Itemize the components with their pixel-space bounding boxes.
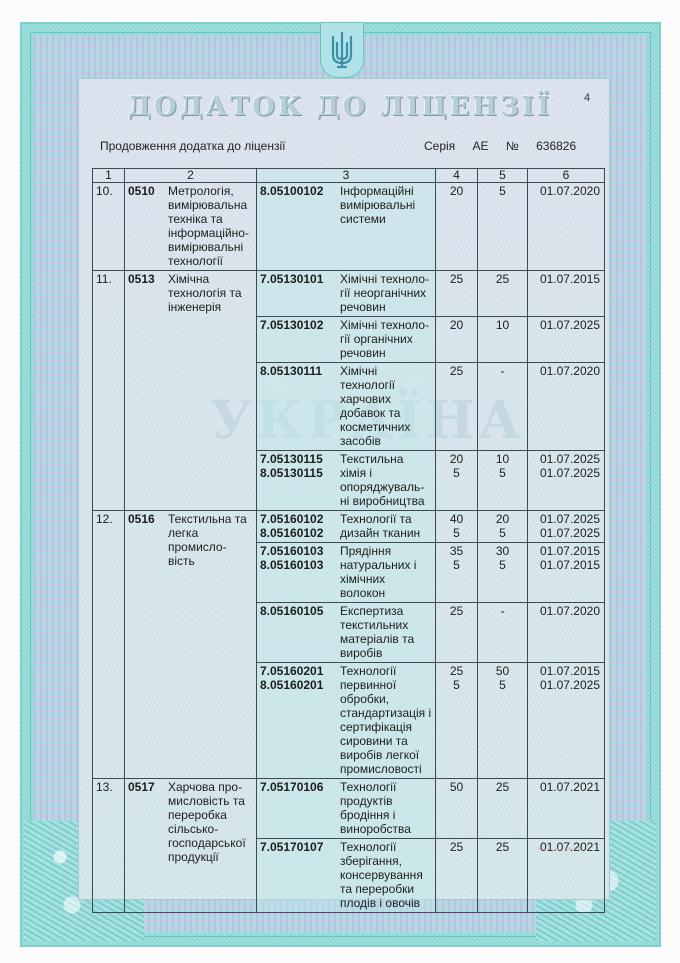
specialty-name: Технології зберігання, консервування та … xyxy=(336,840,432,910)
specialty-cell: 7.051601028.05160102Технології та дизайн… xyxy=(257,511,436,543)
specialty: 7.05170106Технології продуктів бродіння … xyxy=(260,780,432,836)
specialty-codes: 7.051602018.05160201 xyxy=(260,664,336,776)
license-term-date: 01.07.2025 xyxy=(531,318,600,332)
specialty-cell: 7.051601038.05160103Прядіння натуральних… xyxy=(257,543,436,603)
license-volume-day: 20 xyxy=(439,318,474,332)
license-term-date: 01.07.2015 xyxy=(531,544,600,558)
field-group-cell: 0516Текстильна та легка промисло-вість xyxy=(125,511,257,779)
license-volume-extramural-cell: 205 xyxy=(478,511,528,543)
license-volume-extramural-cell: 5 xyxy=(478,183,528,271)
table-row: 13.0517Харчова про-мисловість та перероб… xyxy=(93,779,605,839)
column-header: 1 xyxy=(93,169,125,183)
specialty-cell: 7.051301158.05130115Текстильна хімія і о… xyxy=(257,451,436,511)
license-volume-extramural-cell: - xyxy=(478,603,528,663)
specialty-code: 8.05100102 xyxy=(260,184,336,198)
field-group: 0513Хімічна технологія та інженерія xyxy=(128,272,253,314)
row-index: 10. xyxy=(93,183,125,271)
license-volume-extramural: 5 xyxy=(481,526,524,540)
specialty-codes: 7.05170107 xyxy=(260,840,336,910)
license-term-date-cell: 01.07.2020 xyxy=(528,363,605,451)
specialty-code: 7.05160103 xyxy=(260,544,336,558)
specialty-name: Технології та дизайн тканин xyxy=(336,512,432,540)
license-term-date: 01.07.2025 xyxy=(531,678,600,692)
specialty: 7.05170107Технології зберігання, консерв… xyxy=(260,840,432,910)
license-volume-day: 25 xyxy=(439,840,474,854)
license-volume-day: 5 xyxy=(439,526,474,540)
group-name: Хімічна технологія та інженерія xyxy=(168,272,253,314)
number-value: 636826 xyxy=(536,139,576,153)
license-volume-extramural: 5 xyxy=(481,184,524,198)
specialty-cell: 7.05170106Технології продуктів бродіння … xyxy=(257,779,436,839)
license-volume-day-cell: 50 xyxy=(436,779,478,839)
specialty-cell: 8.05160105Експертиза текстильних матеріа… xyxy=(257,603,436,663)
specialty: 8.05130111Хімічні технології харчових до… xyxy=(260,364,432,448)
specialty: 8.05160105Експертиза текстильних матеріа… xyxy=(260,604,432,660)
specialty-codes: 7.05170106 xyxy=(260,780,336,836)
column-header: 4 xyxy=(436,169,478,183)
header-row: 1 2 3 4 5 6 xyxy=(93,169,605,183)
license-volume-day-cell: 25 xyxy=(436,839,478,913)
specialty-name: Прядіння натуральних і хімічних волокон xyxy=(336,544,432,600)
specialty-name: Технології продуктів бродіння і виноробс… xyxy=(336,780,432,836)
specialty: 7.051602018.05160201Технології первинної… xyxy=(260,664,432,776)
license-volume-extramural: 25 xyxy=(481,272,524,286)
specialty-name: Хімічні техноло-гії органічних речовин xyxy=(336,318,432,360)
license-volume-extramural: 25 xyxy=(481,840,524,854)
specialty: 7.05130101Хімічні техноло-гії неорганічн… xyxy=(260,272,432,314)
specialty-name: Інформаційні вимірювальні системи xyxy=(336,184,432,226)
license-volume-day-cell: 20 xyxy=(436,183,478,271)
specialty-name: Хімічні технології харчових добавок та к… xyxy=(336,364,432,448)
license-volume-day-cell: 405 xyxy=(436,511,478,543)
license-volume-day: 25 xyxy=(439,604,474,618)
license-volume-day: 50 xyxy=(439,780,474,794)
license-volume-extramural: - xyxy=(481,364,524,378)
license-volume-day-cell: 205 xyxy=(436,451,478,511)
license-volume-extramural-cell: 25 xyxy=(478,779,528,839)
group-code: 0513 xyxy=(128,272,168,314)
column-header: 5 xyxy=(478,169,528,183)
license-volume-day: 20 xyxy=(439,452,474,466)
series-value: АЕ xyxy=(473,139,489,153)
specialty: 8.05100102Інформаційні вимірювальні сист… xyxy=(260,184,432,226)
specialty-codes: 7.051601038.05160103 xyxy=(260,544,336,600)
specialty-cell: 7.05130101Хімічні техноло-гії неорганічн… xyxy=(257,271,436,317)
license-term-date: 01.07.2025 xyxy=(531,512,600,526)
specialty-name: Технології первинної обробки, стандартиз… xyxy=(336,664,432,776)
row-index: 12. xyxy=(93,511,125,779)
specialty: 7.05130102Хімічні техноло-гії органічних… xyxy=(260,318,432,360)
license-volume-day: 35 xyxy=(439,544,474,558)
license-table: 1 2 3 4 5 6 10.0510Метрологія, вимірювал… xyxy=(92,168,605,913)
license-volume-day: 20 xyxy=(439,184,474,198)
row-index: 13. xyxy=(93,779,125,913)
specialty: 7.051601038.05160103Прядіння натуральних… xyxy=(260,544,432,600)
specialty-codes: 8.05130111 xyxy=(260,364,336,448)
license-term-date: 01.07.2025 xyxy=(531,526,600,540)
license-volume-extramural-cell: 505 xyxy=(478,663,528,779)
license-term-date-cell: 01.07.2021 xyxy=(528,779,605,839)
license-volume-extramural: - xyxy=(481,604,524,618)
specialty-code: 7.05160201 xyxy=(260,664,336,678)
specialty-cell: 7.05130102Хімічні техноло-гії органічних… xyxy=(257,317,436,363)
license-term-date: 01.07.2020 xyxy=(531,604,600,618)
specialty-code: 7.05170107 xyxy=(260,840,336,854)
license-term-date: 01.07.2021 xyxy=(531,780,600,794)
license-term-date-cell: 01.07.2015 xyxy=(528,271,605,317)
faint-stamp: ▪▪▪ ▪ ▪▪▪▪ xyxy=(538,844,582,855)
document-title: ДОДАТОК ДО ЛІЦЕНЗІЇ xyxy=(0,92,680,122)
license-volume-day-cell: 25 xyxy=(436,603,478,663)
page-number: 4 xyxy=(584,92,590,104)
license-volume-day: 25 xyxy=(439,664,474,678)
license-volume-extramural: 10 xyxy=(481,452,524,466)
specialty-name: Текстильна хімія і опоряджуваль-ні вироб… xyxy=(336,452,432,508)
license-volume-day: 5 xyxy=(439,678,474,692)
license-volume-extramural: 20 xyxy=(481,512,524,526)
group-name: Харчова про-мисловість та переробка сіль… xyxy=(168,780,253,864)
specialty-codes: 7.051601028.05160102 xyxy=(260,512,336,540)
license-term-date: 01.07.2025 xyxy=(531,452,600,466)
row-index: 11. xyxy=(93,271,125,511)
license-volume-day-cell: 255 xyxy=(436,663,478,779)
license-volume-day: 5 xyxy=(439,466,474,480)
license-volume-extramural: 25 xyxy=(481,780,524,794)
field-group: 0510Метрологія, вимірювальна техніка та … xyxy=(128,184,253,268)
license-term-date-cell: 01.07.2025 xyxy=(528,317,605,363)
license-term-date: 01.07.2020 xyxy=(531,364,600,378)
specialty-cell: 7.051602018.05160201Технології первинної… xyxy=(257,663,436,779)
specialty-codes: 8.05160105 xyxy=(260,604,336,660)
table-body: 10.0510Метрологія, вимірювальна техніка … xyxy=(93,183,605,913)
specialty-code: 8.05160105 xyxy=(260,604,336,618)
license-volume-day-cell: 20 xyxy=(436,317,478,363)
table-row: 12.0516Текстильна та легка промисло-віст… xyxy=(93,511,605,543)
specialty-code: 7.05160102 xyxy=(260,512,336,526)
specialty-code: 8.05130111 xyxy=(260,364,336,378)
license-volume-extramural-cell: 305 xyxy=(478,543,528,603)
license-term-date: 01.07.2015 xyxy=(531,664,600,678)
number-label: № xyxy=(506,139,519,153)
license-volume-day-cell: 25 xyxy=(436,363,478,451)
specialty-codes: 7.05130102 xyxy=(260,318,336,360)
column-header: 6 xyxy=(528,169,605,183)
license-volume-extramural-cell: 105 xyxy=(478,451,528,511)
field-group: 0517Харчова про-мисловість та переробка … xyxy=(128,780,253,864)
license-volume-extramural-cell: 25 xyxy=(478,839,528,913)
license-term-date-cell: 01.07.201501.07.2025 xyxy=(528,663,605,779)
column-header: 3 xyxy=(257,169,436,183)
specialty-cell: 8.05130111Хімічні технології харчових до… xyxy=(257,363,436,451)
license-volume-extramural: 5 xyxy=(481,466,524,480)
specialty-codes: 8.05100102 xyxy=(260,184,336,226)
document-subtitle: Продовження додатка до ліцензії xyxy=(100,139,285,153)
table-row: 10.0510Метрологія, вимірювальна техніка … xyxy=(93,183,605,271)
specialty-codes: 7.051301158.05130115 xyxy=(260,452,336,508)
specialty-code: 7.05130101 xyxy=(260,272,336,286)
series-label: Серія xyxy=(424,139,455,153)
license-volume-extramural: 10 xyxy=(481,318,524,332)
license-volume-extramural: 50 xyxy=(481,664,524,678)
specialty-code: 8.05160102 xyxy=(260,526,336,540)
license-volume-extramural: 5 xyxy=(481,558,524,572)
specialty-code: 7.05130102 xyxy=(260,318,336,332)
specialty-cell: 7.05170107Технології зберігання, консерв… xyxy=(257,839,436,913)
field-group-cell: 0510Метрологія, вимірювальна техніка та … xyxy=(125,183,257,271)
specialty-code: 7.05130115 xyxy=(260,452,336,466)
license-volume-extramural-cell: 25 xyxy=(478,271,528,317)
specialty-code: 8.05130115 xyxy=(260,466,336,480)
license-volume-day: 25 xyxy=(439,364,474,378)
license-term-date: 01.07.2015 xyxy=(531,558,600,572)
column-header: 2 xyxy=(125,169,257,183)
license-term-date-cell: 01.07.202501.07.2025 xyxy=(528,511,605,543)
group-code: 0517 xyxy=(128,780,168,864)
series-number: Серія АЕ № 636826 xyxy=(424,139,576,153)
license-volume-day-cell: 355 xyxy=(436,543,478,603)
license-term-date: 01.07.2020 xyxy=(531,184,600,198)
trident-emblem-icon xyxy=(320,22,364,78)
group-name: Текстильна та легка промисло-вість xyxy=(168,512,253,568)
specialty: 7.051601028.05160102Технології та дизайн… xyxy=(260,512,432,540)
group-code: 0516 xyxy=(128,512,168,568)
group-code: 0510 xyxy=(128,184,168,268)
specialty-name: Експертиза текстильних матеріалів та вир… xyxy=(336,604,432,660)
license-volume-day: 5 xyxy=(439,558,474,572)
license-volume-day-cell: 25 xyxy=(436,271,478,317)
specialty-cell: 8.05100102Інформаційні вимірювальні сист… xyxy=(257,183,436,271)
field-group-cell: 0513Хімічна технологія та інженерія xyxy=(125,271,257,511)
license-term-date-cell: 01.07.2020 xyxy=(528,603,605,663)
specialty-name: Хімічні техноло-гії неорганічних речовин xyxy=(336,272,432,314)
specialty-codes: 7.05130101 xyxy=(260,272,336,314)
license-volume-day: 40 xyxy=(439,512,474,526)
license-volume-extramural-cell: - xyxy=(478,363,528,451)
specialty-code: 8.05160201 xyxy=(260,678,336,692)
license-term-date: 01.07.2025 xyxy=(531,466,600,480)
license-volume-extramural: 30 xyxy=(481,544,524,558)
field-group-cell: 0517Харчова про-мисловість та переробка … xyxy=(125,779,257,913)
field-group: 0516Текстильна та легка промисло-вість xyxy=(128,512,253,568)
license-term-date-cell: 01.07.201501.07.2015 xyxy=(528,543,605,603)
license-volume-extramural: 5 xyxy=(481,678,524,692)
group-name: Метрологія, вимірювальна техніка та інфо… xyxy=(168,184,253,268)
specialty-code: 7.05170106 xyxy=(260,780,336,794)
license-term-date-cell: 01.07.202501.07.2025 xyxy=(528,451,605,511)
specialty: 7.051301158.05130115Текстильна хімія і о… xyxy=(260,452,432,508)
license-volume-extramural-cell: 10 xyxy=(478,317,528,363)
license-volume-day: 25 xyxy=(439,272,474,286)
table-row: 11.0513Хімічна технологія та інженерія7.… xyxy=(93,271,605,317)
specialty-code: 8.05160103 xyxy=(260,558,336,572)
license-term-date: 01.07.2015 xyxy=(531,272,600,286)
license-term-date-cell: 01.07.2020 xyxy=(528,183,605,271)
